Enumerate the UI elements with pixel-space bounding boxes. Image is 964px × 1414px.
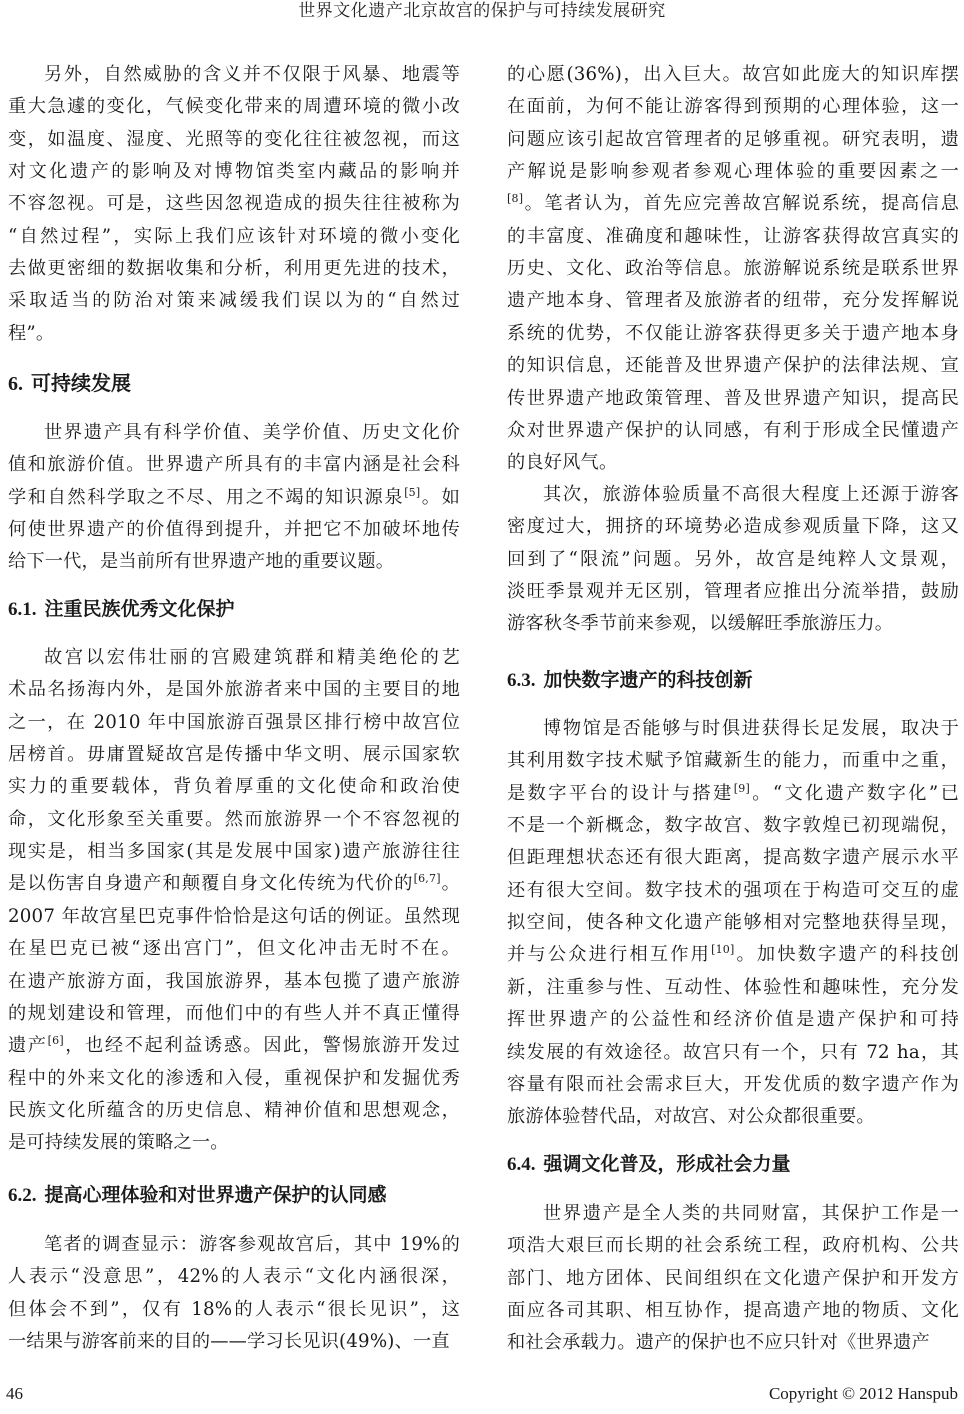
text-line: 采取适当的防治对策来减缓我们误以为的“自然过 xyxy=(8,285,460,317)
text-line: 密度过大，拥挤的环境势必造成参观质量下降，这又 xyxy=(507,511,959,543)
text-line: 并与公众进行相互作用[10]。加快数字遗产的科技创 xyxy=(507,939,959,971)
section-6-3-heading: 6.3.加快数字遗产的科技创新 xyxy=(507,665,753,696)
section-6-1-heading: 6.1.注重民族优秀文化保护 xyxy=(8,594,235,625)
text-line: 人表示“没意思”，42%的人表示“文化内涵很深， xyxy=(8,1261,460,1293)
text-line: 实力的重要载体，背负着厚重的文化使命和政治使 xyxy=(8,771,460,803)
text-line: 笔者的调查显示：游客参观故宫后，其中 19%的 xyxy=(8,1229,460,1261)
section-number: 6.1. xyxy=(8,599,37,620)
text-line: 是数字平台的设计与搭建[9]。“文化遗产数字化”已 xyxy=(507,778,959,810)
text-line: 拟空间，使各种文化遗产能够相对完整地获得呈现， xyxy=(507,907,959,939)
text-line: 现实是，相当多国家(其是发展中国家)遗产旅游往往 xyxy=(8,836,460,868)
section-6-4-heading: 6.4.强调文化普及，形成社会力量 xyxy=(507,1149,791,1180)
text-line: 世界遗产是全人类的共同财富，其保护工作是一 xyxy=(507,1198,959,1230)
text-line: 产解说是影响参观者参观心理体验的重要因素之一 xyxy=(507,156,959,188)
text-line: 但体会不到”，仅有 18%的人表示“很长见识”，这 xyxy=(8,1294,460,1326)
text-line: 的心愿(36%)，出入巨大。故宫如此庞大的知识库摆 xyxy=(507,59,959,91)
text-line: 容量有限而社会需求巨大，开发优质的数字遗产作为 xyxy=(507,1069,959,1101)
text-line: 传世界遗产地政策管理、普及世界遗产知识，提高民 xyxy=(507,383,959,415)
section-title: 注重民族优秀文化保护 xyxy=(45,598,235,620)
text-line: 续发展的有效途径。故宫只有一个，只有 72 ha，其 xyxy=(507,1037,959,1069)
text-line: 去做更密细的数据收集和分析，利用更先进的技术， xyxy=(8,253,460,285)
text-line: 在遗产旅游方面，我国旅游界，基本包揽了遗产旅游 xyxy=(8,966,460,998)
text-line: 问题应该引起故宫管理者的足够重视。研究表明，遗 xyxy=(507,124,959,156)
citation-ref: [8] xyxy=(507,192,523,205)
text-line: 另外，自然威胁的含义并不仅限于风暴、地震等 xyxy=(8,59,460,91)
text-line: 挥世界遗产的公益性和经济价值是遗产保护和可持 xyxy=(507,1004,959,1036)
text-line: 游客秋冬季节前来参观，以缓解旺季旅游压力。 xyxy=(507,608,959,640)
text-line: 的规划建设和管理，而他们中的有些人并不真正懂得 xyxy=(8,998,460,1030)
citation-ref: [5] xyxy=(404,486,420,499)
text-line: 在面前，为何不能让游客得到预期的心理体验，这一 xyxy=(507,91,959,123)
section-6-heading: 6.可持续发展 xyxy=(8,368,131,399)
text-line: 是可持续发展的策略之一。 xyxy=(8,1127,460,1159)
text-line: 众对世界遗产保护的认同感，有利于形成全民懂遗产 xyxy=(507,415,959,447)
text-line: 旅游体验替代品，对故宫、对公众都很重要。 xyxy=(507,1101,959,1133)
text-line: 的知识信息，还能普及世界遗产保护的法律法规、宣 xyxy=(507,350,959,382)
text-line: 对文化遗产的影响及对博物馆类室内藏品的影响并 xyxy=(8,156,460,188)
section-number: 6.3. xyxy=(507,670,536,691)
text-line: 居榜首。毋庸置疑故宫是传播中华文明、展示国家软 xyxy=(8,739,460,771)
section-number: 6. xyxy=(8,373,23,395)
text-line: 不容忽视。可是，这些因忽视造成的损失往往被称为 xyxy=(8,188,460,220)
text-line: 其利用数字技术赋予馆藏新生的能力，而重中之重， xyxy=(507,745,959,777)
text-line: 回到了“限流”问题。另外，故宫是纯粹人文景观， xyxy=(507,544,959,576)
section-title: 可持续发展 xyxy=(31,371,131,395)
text-line: 术品名扬海内外，是国外旅游者来中国的主要目的地 xyxy=(8,674,460,706)
text-line: 在星巴克已被“逐出宫门”，但文化冲击无时不在。 xyxy=(8,933,460,965)
text-line: 淡旺季景观并无区别，管理者应推出分流举措，鼓励 xyxy=(507,576,959,608)
running-head: 世界文化遗产北京故宫的保护与可持续发展研究 xyxy=(0,0,964,22)
text-line: 值和旅游价值。世界遗产所具有的丰富内涵是社会科 xyxy=(8,449,460,481)
citation-ref: [6,7] xyxy=(414,872,441,885)
citation-ref: [9] xyxy=(734,782,750,795)
text-line: 命，文化形象至关重要。然而旅游界一个不容忽视的 xyxy=(8,804,460,836)
copyright-notice: Copyright © 2012 Hanspub xyxy=(769,1384,958,1404)
text-line: 博物馆是否能够与时俱进获得长足发展，取决于 xyxy=(507,713,959,745)
text-line: 的良好风气。 xyxy=(507,447,959,479)
section-title: 提高心理体验和对世界遗产保护的认同感 xyxy=(45,1184,387,1206)
text-line: 但距理想状态还有很大距离，提高数字遗产展示水平 xyxy=(507,842,959,874)
text-line: 学和自然科学取之不尽、用之不竭的知识源泉[5]。如 xyxy=(8,482,460,514)
text-line: 遗产[6]，也经不起利益诱惑。因此，警惕旅游开发过 xyxy=(8,1030,460,1062)
text-line: 故宫以宏伟壮丽的宫殿建筑群和精美绝伦的艺 xyxy=(8,642,460,674)
text-line: 还有很大空间。数字技术的强项在于构造可交互的虚 xyxy=(507,875,959,907)
text-line: 项浩大艰巨而长期的社会系统工程，政府机构、公共 xyxy=(507,1230,959,1262)
text-line: 程”。 xyxy=(8,318,460,350)
text-line: 变，如温度、湿度、光照等的变化往往被忽视，而这 xyxy=(8,124,460,156)
text-line: 遗产地本身、管理者及旅游者的纽带，充分发挥解说 xyxy=(507,285,959,317)
section-title: 强调文化普及，形成社会力量 xyxy=(544,1153,791,1175)
text-line: 历史、文化、政治等信息。旅游解说系统是联系世界 xyxy=(507,253,959,285)
section-6-2-heading: 6.2.提高心理体验和对世界遗产保护的认同感 xyxy=(8,1180,387,1211)
text-line: 系统的优势，不仅能让游客获得更多关于遗产地本身 xyxy=(507,318,959,350)
text-line: 是以伤害自身遗产和颠覆自身文化传统为代价的[6,7]。 xyxy=(8,868,460,900)
text-line: 部门、地方团体、民间组织在文化遗产保护和开发方 xyxy=(507,1263,959,1295)
section-title: 加快数字遗产的科技创新 xyxy=(544,669,753,691)
text-line: [8]。笔者认为，首先应完善故宫解说系统，提高信息 xyxy=(507,188,959,220)
text-line: 重大急遽的变化，气候变化带来的周遭环境的微小改 xyxy=(8,91,460,123)
citation-ref: [10] xyxy=(711,943,734,956)
text-line: 其次，旅游体验质量不高很大程度上还源于游客 xyxy=(507,479,959,511)
text-line: 的丰富度、准确度和趣味性，让游客获得故宫真实的 xyxy=(507,221,959,253)
page-number: 46 xyxy=(6,1384,23,1404)
text-line: 面应各司其职、相互协作，提高遗产地的物质、文化 xyxy=(507,1295,959,1327)
text-line: 何使世界遗产的价值得到提升，并把它不加破坏地传 xyxy=(8,514,460,546)
text-line: 世界遗产具有科学价值、美学价值、历史文化价 xyxy=(8,417,460,449)
text-line: 一结果与游客前来的目的——学习长见识(49%)、一直 xyxy=(8,1326,460,1358)
section-number: 6.4. xyxy=(507,1154,536,1175)
text-line: 之一，在 2010 年中国旅游百强景区排行榜中故宫位 xyxy=(8,707,460,739)
text-line: 民族文化所蕴含的历史信息、精神价值和思想观念， xyxy=(8,1095,460,1127)
text-line: “自然过程”，实际上我们应该针对环境的微小变化 xyxy=(8,221,460,253)
text-line: 给下一代，是当前所有世界遗产地的重要议题。 xyxy=(8,546,460,578)
text-line: 和社会承载力。遗产的保护也不应只针对《世界遗产 xyxy=(507,1327,959,1359)
citation-ref: [6] xyxy=(48,1034,64,1047)
text-line: 程中的外来文化的渗透和入侵，重视保护和发掘优秀 xyxy=(8,1063,460,1095)
text-line: 不是一个新概念，数字故宫、数字敦煌已初现端倪， xyxy=(507,810,959,842)
text-line: 2007 年故宫星巴克事件恰恰是这句话的例证。虽然现 xyxy=(8,901,460,933)
text-line: 新，注重参与性、互动性、体验性和趣味性，充分发 xyxy=(507,972,959,1004)
section-number: 6.2. xyxy=(8,1185,37,1206)
